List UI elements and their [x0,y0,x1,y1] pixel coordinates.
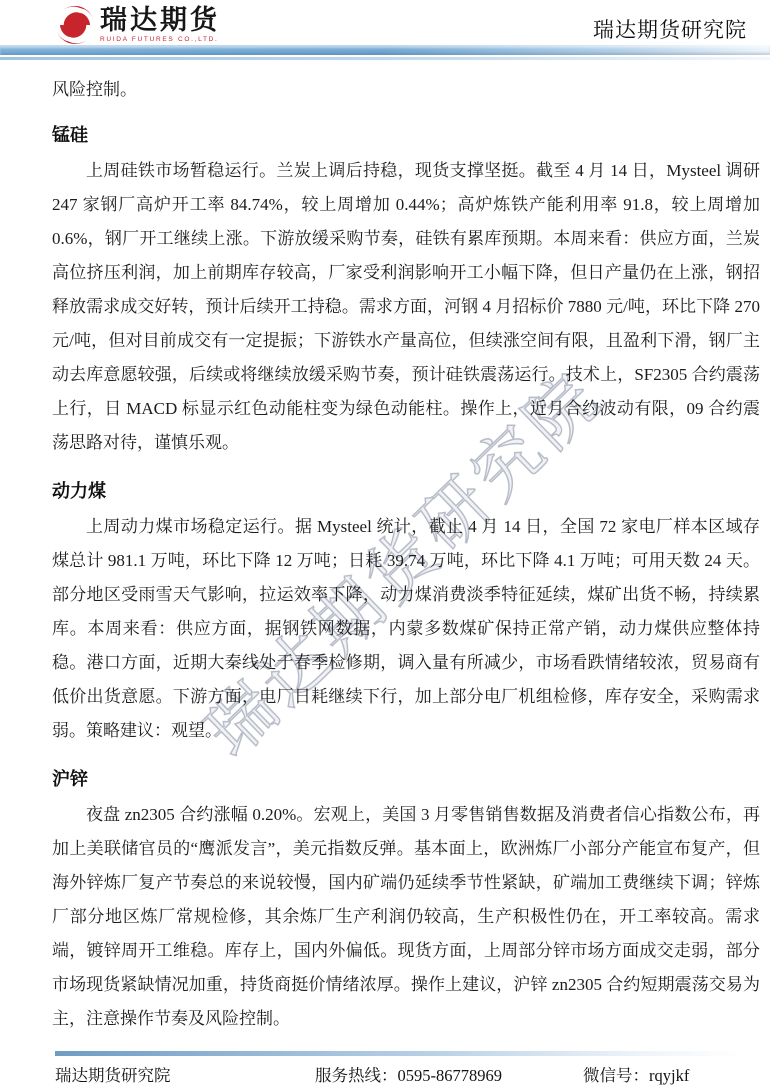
header-divider-bar [0,45,770,60]
divider-bar-main [0,45,770,55]
section-paragraph-shanghai-zinc: 夜盘 zn2305 合约涨幅 0.20%。宏观上，美国 3 月零售销售数据及消费… [52,798,760,1036]
section-paragraph-thermal-coal: 上周动力煤市场稳定运行。据 Mysteel 统计，截止 4 月 14 日，全国 … [52,510,760,748]
brand-name-cn: 瑞达期货 [100,5,220,35]
header-institute-title: 瑞达期货研究院 [593,14,747,44]
section-heading-thermal-coal: 动力煤 [52,478,760,504]
footer-wechat-label: 微信号： [583,1066,649,1085]
section-heading-manganese-silicon: 锰硅 [52,122,760,148]
ruida-logo-icon [55,5,95,45]
footer-hotline: 服务热线：0595-86778969 [315,1062,502,1086]
footer-divider-bar [55,1051,745,1056]
footer-wechat-id: rqyjkf [649,1066,689,1085]
footer-hotline-label: 服务热线： [315,1066,398,1085]
section-shanghai-zinc: 沪锌 夜盘 zn2305 合约涨幅 0.20%。宏观上，美国 3 月零售销售数据… [52,766,760,1036]
footer-hotline-number: 0595-86778969 [398,1066,503,1085]
previous-paragraph-tail: 风险控制。 [52,76,760,104]
brand-logo-text: 瑞达期货 RUIDA FUTURES CO.,LTD. [100,5,220,43]
report-body: 风险控制。 锰硅 上周硅铁市场暂稳运行。兰炭上调后持稳，现货支撑坚挺。截至 4 … [0,60,770,1036]
section-paragraph-manganese-silicon: 上周硅铁市场暂稳运行。兰炭上调后持稳，现货支撑坚挺。截至 4 月 14 日，My… [52,154,760,460]
brand-logo: 瑞达期货 RUIDA FUTURES CO.,LTD. [55,5,220,45]
section-thermal-coal: 动力煤 上周动力煤市场稳定运行。据 Mysteel 统计，截止 4 月 14 日… [52,478,760,748]
section-manganese-silicon: 锰硅 上周硅铁市场暂稳运行。兰炭上调后持稳，现货支撑坚挺。截至 4 月 14 日… [52,122,760,460]
report-header: 瑞达期货 RUIDA FUTURES CO.,LTD. 瑞达期货研究院 [0,0,770,45]
section-heading-shanghai-zinc: 沪锌 [52,766,760,792]
footer-wechat: 微信号：rqyjkf [583,1062,689,1086]
brand-name-en: RUIDA FUTURES CO.,LTD. [100,36,220,43]
report-page: 瑞达期货 RUIDA FUTURES CO.,LTD. 瑞达期货研究院 瑞达期货… [0,0,770,1090]
footer-row: 瑞达期货研究院 服务热线：0595-86778969 微信号：rqyjkf [0,1062,770,1086]
footer-institute: 瑞达期货研究院 [55,1062,171,1086]
report-footer: 瑞达期货研究院 服务热线：0595-86778969 微信号：rqyjkf [0,1051,770,1086]
